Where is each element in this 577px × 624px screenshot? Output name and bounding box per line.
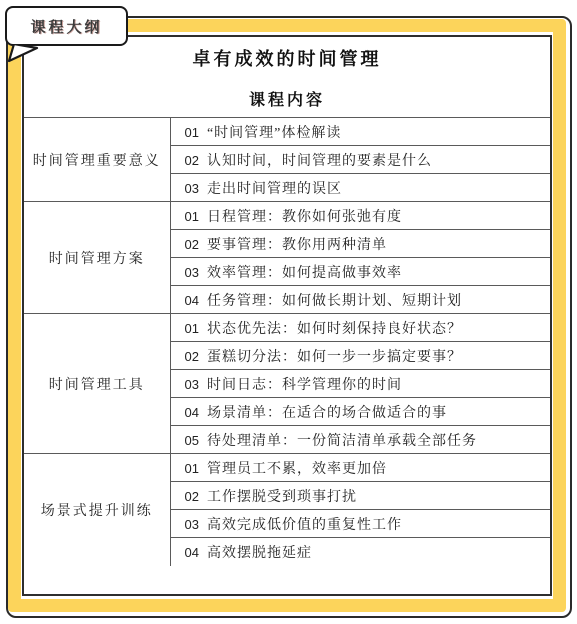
item-cell: 01状态优先法：如何时刻保持良好状态？ — [170, 314, 550, 342]
category-cell: 时间管理重要意义 — [24, 118, 170, 202]
content-box: 卓有成效的时间管理 课程内容 时间管理重要意义 01“时间管理”体检解读 02认… — [22, 35, 552, 596]
item-cell: 03高效完成低价值的重复性工作 — [170, 510, 550, 538]
item-cell: 01“时间管理”体检解读 — [170, 118, 550, 146]
item-cell: 03时间日志：科学管理你的时间 — [170, 370, 550, 398]
item-cell: 04任务管理：如何做长期计划、短期计划 — [170, 286, 550, 314]
page-subtitle: 课程内容 — [249, 87, 325, 110]
badge-label: 课程大纲 — [30, 16, 102, 37]
badge-tail-icon — [8, 44, 40, 64]
item-cell: 02要事管理：教你用两种清单 — [170, 230, 550, 258]
item-cell: 02工作摆脱受到琐事打扰 — [170, 482, 550, 510]
poster: 卓有成效的时间管理 课程内容 时间管理重要意义 01“时间管理”体检解读 02认… — [0, 0, 577, 624]
yellow-frame: 卓有成效的时间管理 课程内容 时间管理重要意义 01“时间管理”体检解读 02认… — [8, 19, 566, 612]
item-cell: 04场景清单：在适合的场合做适合的事 — [170, 398, 550, 426]
table-row: 时间管理工具 01状态优先法：如何时刻保持良好状态？ — [24, 314, 550, 342]
page-title: 卓有成效的时间管理 — [193, 45, 382, 71]
category-cell: 场景式提升训练 — [24, 454, 170, 566]
category-cell: 时间管理方案 — [24, 202, 170, 314]
table-row: 场景式提升训练 01管理员工不累，效率更加倍 — [24, 454, 550, 482]
table-row: 时间管理方案 01日程管理：教你如何张弛有度 — [24, 202, 550, 230]
item-cell: 03走出时间管理的误区 — [170, 174, 550, 202]
item-cell: 02蛋糕切分法：如何一步一步搞定要事？ — [170, 342, 550, 370]
table-row: 时间管理重要意义 01“时间管理”体检解读 — [24, 118, 550, 146]
item-cell: 03效率管理：如何提高做事效率 — [170, 258, 550, 286]
item-cell: 02认知时间，时间管理的要素是什么 — [170, 146, 550, 174]
course-outline-badge: 课程大纲 — [5, 6, 128, 46]
item-cell: 04高效摆脱拖延症 — [170, 538, 550, 566]
title-block: 卓有成效的时间管理 课程内容 — [24, 37, 550, 117]
item-cell: 01管理员工不累，效率更加倍 — [170, 454, 550, 482]
course-table: 时间管理重要意义 01“时间管理”体检解读 02认知时间，时间管理的要素是什么 … — [24, 117, 550, 566]
item-cell: 05待处理清单：一份简洁清单承载全部任务 — [170, 426, 550, 454]
category-cell: 时间管理工具 — [24, 314, 170, 454]
item-cell: 01日程管理：教你如何张弛有度 — [170, 202, 550, 230]
